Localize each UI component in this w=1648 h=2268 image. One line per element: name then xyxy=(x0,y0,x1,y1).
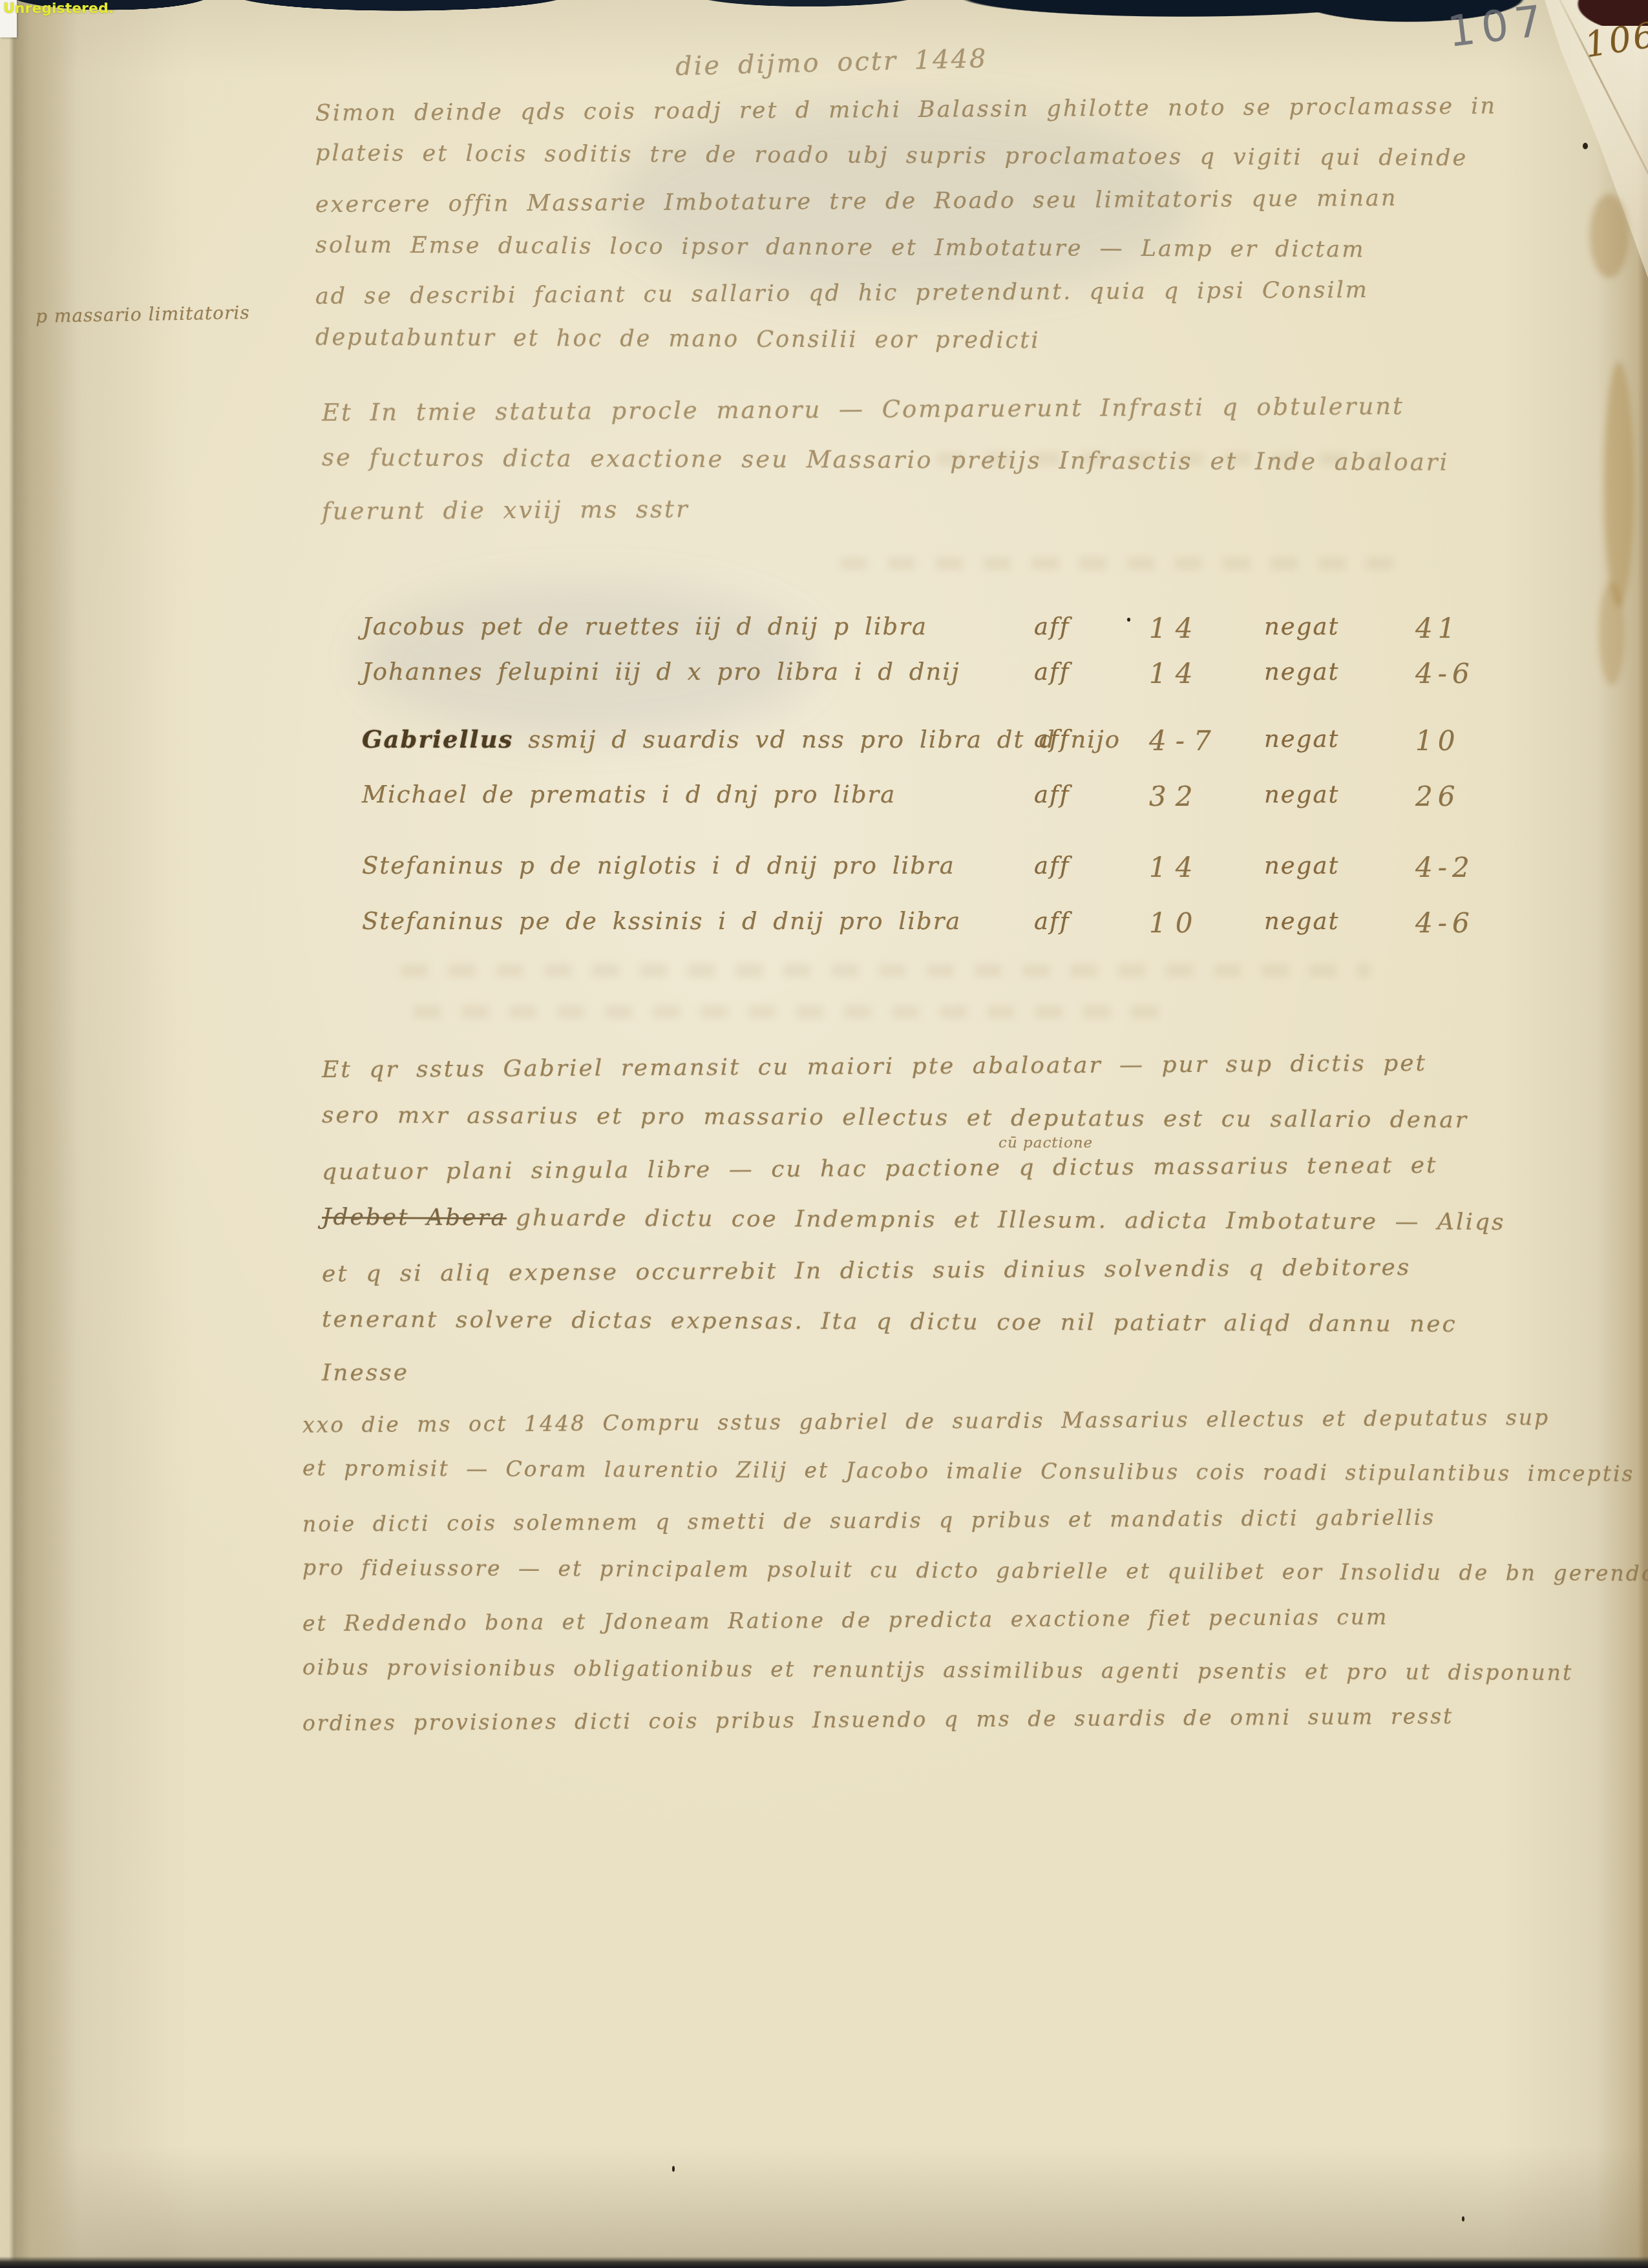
negat-label: negat xyxy=(1264,907,1339,935)
aff-label: aff xyxy=(1034,613,1070,640)
aff-label: aff xyxy=(1034,907,1070,935)
manuscript-line: noie dicti cois solemnem q smetti de sua… xyxy=(302,1505,1436,1537)
aff-count: 14 xyxy=(1149,613,1201,644)
manuscript-line: ordines provisiones dicti cois pribus In… xyxy=(302,1704,1454,1736)
scanner-watermark: Unregistered. xyxy=(3,1,114,17)
manuscript-page-scan: Unregistered. 107 106 die dijmo octr 144… xyxy=(0,0,1648,2268)
aff-count: 14 xyxy=(1149,852,1201,883)
book-gutter-shadow xyxy=(0,0,168,2268)
manuscript-line: Jdebet Aberaghuarde dictu coe Indempnis … xyxy=(322,1204,1506,1235)
scan-bottom-edge xyxy=(0,2256,1648,2268)
voter-name: Michael de prematis i d dnj pro libra xyxy=(362,781,896,808)
negat-label: negat xyxy=(1264,725,1339,753)
aff-count: 4-7 xyxy=(1149,725,1220,757)
aff-label: aff xyxy=(1034,852,1070,879)
negat-count: 41 xyxy=(1415,613,1460,644)
ink-bleedthrough xyxy=(414,1005,1176,1018)
vote-row: Michael de prematis i d dnj pro libra af… xyxy=(362,781,1538,832)
scan-top-edge xyxy=(0,0,1648,26)
manuscript-line: et q si aliq expense occurrebit In dicti… xyxy=(322,1254,1411,1287)
heading-date: die dijmo octr 1448 xyxy=(675,44,988,82)
aff-label: aff xyxy=(1034,658,1070,686)
vote-row: Jacobus pet de ruettes iij d dnij p libr… xyxy=(362,613,1538,664)
strikethrough-text: Jdebet Abera xyxy=(322,1204,507,1231)
voter-name: Johannes felupini iij d x pro libra i d … xyxy=(362,658,960,686)
manuscript-line: plateis et locis soditis tre de roado ub… xyxy=(315,140,1468,191)
manuscript-line: Inesse xyxy=(322,1360,409,1387)
negat-label: negat xyxy=(1264,781,1339,808)
negat-count: 4-6 xyxy=(1415,658,1475,689)
voter-name: Gabriellus ssmij d suardis vd nss pro li… xyxy=(362,725,1121,753)
voter-name: Stefaninus p de niglotis i d dnij pro li… xyxy=(362,852,955,879)
paper-speck xyxy=(1462,2216,1464,2221)
manuscript-line: xxo die ms oct 1448 Compru sstus gabriel… xyxy=(302,1405,1550,1438)
negat-label: negat xyxy=(1264,852,1339,879)
voter-name: Jacobus pet de ruettes iij d dnij p libr… xyxy=(362,613,927,640)
manuscript-line: deputabuntur et hoc de mano Consilii eor… xyxy=(315,325,1041,374)
manuscript-line: fuerunt die xviij ms sstr xyxy=(322,495,690,525)
paper-speck xyxy=(672,2166,675,2172)
negat-count: 4-2 xyxy=(1415,852,1475,883)
manuscript-line: ad se describi faciant cu sallario qd hi… xyxy=(315,277,1369,330)
aff-count: 32 xyxy=(1149,781,1201,812)
folio-number-pencil: 107 xyxy=(1445,0,1551,57)
negat-count: 4-6 xyxy=(1415,907,1475,939)
manuscript-line: Simon deinde qds cois roadj ret d michi … xyxy=(315,93,1497,146)
manuscript-line: Et qr sstus Gabriel remansit cu maiori p… xyxy=(322,1050,1427,1083)
manuscript-line: sero mxr assarius et pro massario ellect… xyxy=(322,1102,1468,1133)
ink-bleedthrough xyxy=(840,557,1409,570)
manuscript-line: Et In tmie statuta procle manoru — Compa… xyxy=(322,392,1404,426)
aff-count: 10 xyxy=(1149,907,1201,939)
page-right-edge xyxy=(1596,0,1648,2268)
manuscript-line: se fucturos dicta exactione seu Massario… xyxy=(322,443,1449,476)
interlinear-note: cū pactione xyxy=(998,1135,1093,1151)
manuscript-line: et Reddendo bona et Jdoneam Ratione de p… xyxy=(302,1604,1389,1636)
vote-row: Gabriellus ssmij d suardis vd nss pro li… xyxy=(362,725,1538,777)
ink-bleedthrough xyxy=(401,964,1370,977)
manuscript-line: exercere offin Massarie Imbotature tre d… xyxy=(315,185,1398,238)
negat-count: 26 xyxy=(1415,781,1460,812)
voter-name: Stefaninus pe de kssinis i d dnij pro li… xyxy=(362,907,961,935)
negat-count: 10 xyxy=(1415,725,1460,757)
aff-label: aff xyxy=(1034,725,1070,753)
manuscript-line: solum Emse ducalis loco ipsor dannore et… xyxy=(315,232,1366,282)
vote-row: Stefaninus p de niglotis i d dnij pro li… xyxy=(362,852,1538,903)
manuscript-line: oibus provisionibus obligationibus et re… xyxy=(302,1655,1573,1686)
edge-stain xyxy=(1590,194,1629,278)
manuscript-line: et promisit — Coram laurentio Zilij et J… xyxy=(302,1456,1635,1487)
edge-stain xyxy=(1599,582,1625,685)
vote-row: Johannes felupini iij d x pro libra i d … xyxy=(362,658,1538,709)
vote-row: Stefaninus pe de kssinis i d dnij pro li… xyxy=(362,907,1538,959)
manuscript-line: quatuor plani singula libre — cu hac pac… xyxy=(322,1152,1438,1186)
manuscript-line: pro fideiussore — et principalem psoluit… xyxy=(302,1555,1648,1586)
negat-label: negat xyxy=(1264,658,1339,686)
negat-label: negat xyxy=(1264,613,1339,640)
aff-label: aff xyxy=(1034,781,1070,808)
edge-stain xyxy=(1604,362,1634,607)
paper-speck xyxy=(1583,143,1588,149)
manuscript-line: tenerant solvere dictas expensas. Ita q … xyxy=(322,1306,1457,1338)
aff-count: 14 xyxy=(1149,658,1201,689)
margin-note: p massario limitatoris xyxy=(36,302,250,327)
